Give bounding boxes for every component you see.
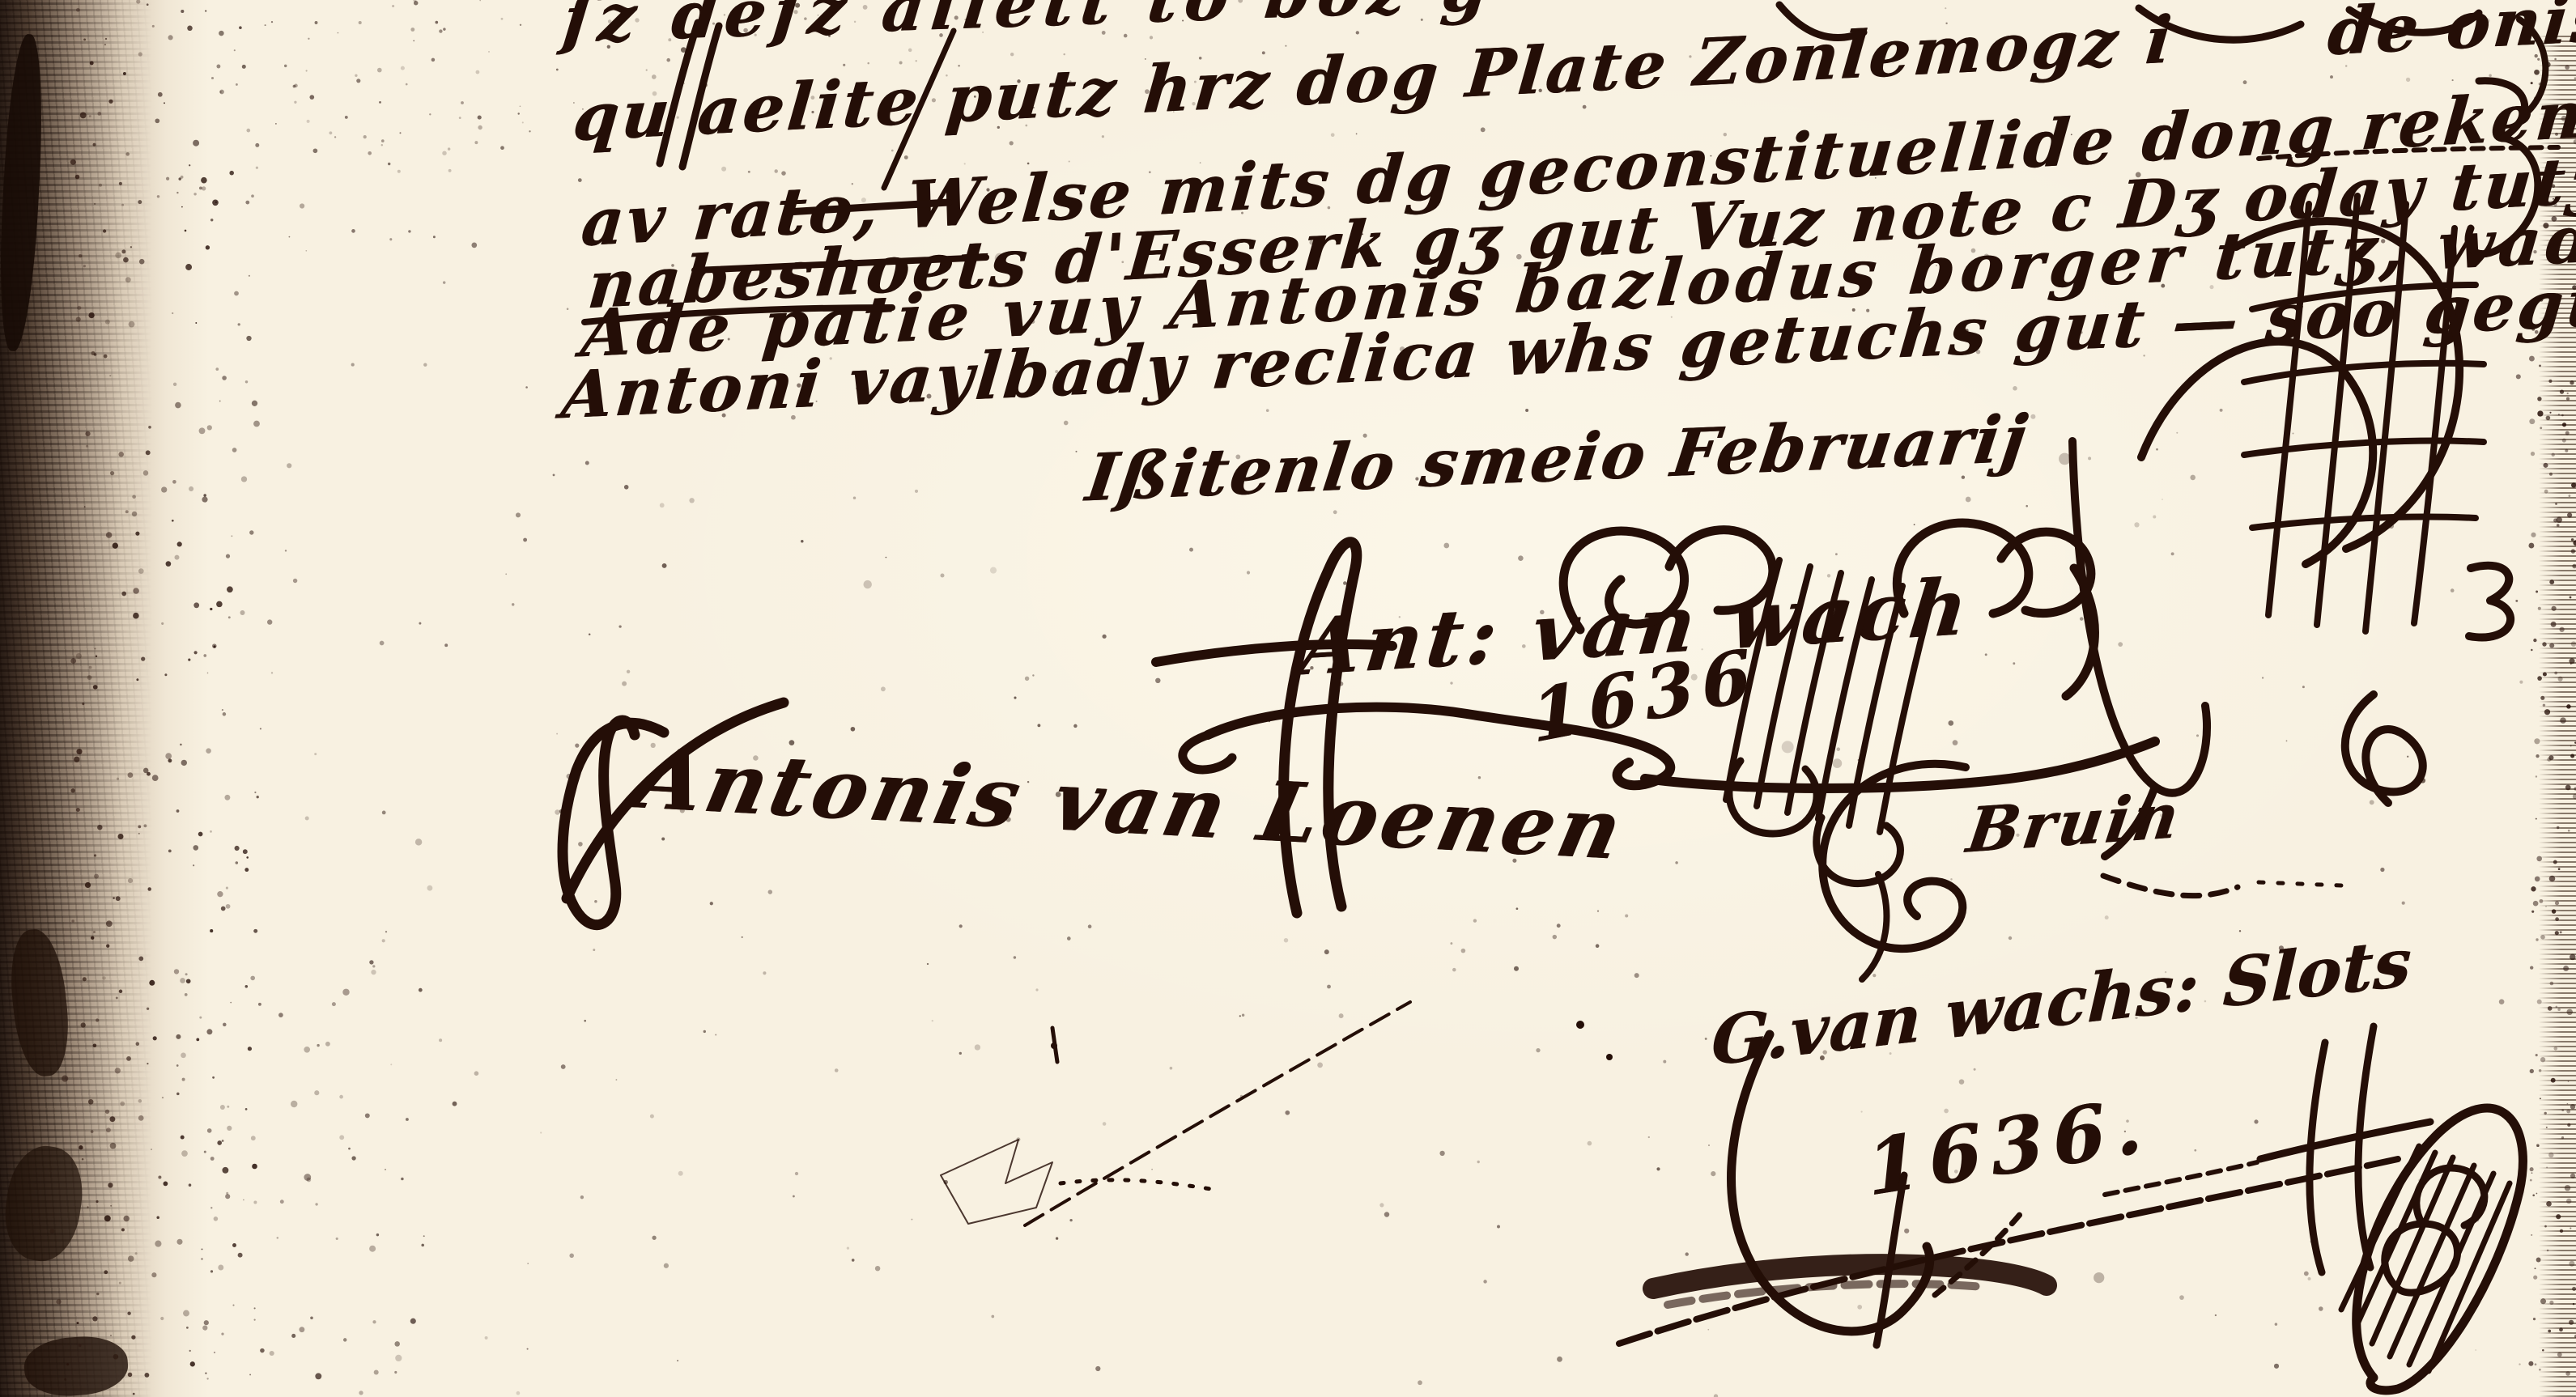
- manuscript-page: ſz deſz allett to boz g qu aelite putz h…: [0, 0, 2576, 1397]
- speck: [505, 573, 507, 575]
- speck: [763, 971, 766, 975]
- paraph-top-right-stroke: [2268, 204, 2309, 615]
- speck: [207, 1128, 212, 1133]
- speck: [75, 175, 80, 180]
- speck: [747, 112, 751, 116]
- speck: [1904, 1229, 1909, 1234]
- speck: [181, 176, 184, 179]
- speck: [1634, 973, 1639, 978]
- speck: [1151, 1169, 1153, 1170]
- speck: [755, 111, 759, 116]
- speck: [104, 355, 108, 359]
- speck: [136, 678, 138, 681]
- flourish-sig-g-van-wachs-slots: [1619, 1026, 2523, 1391]
- flourish-sig-bruin-stroke: [2103, 876, 2238, 896]
- speck: [677, 116, 679, 118]
- speck: [801, 540, 804, 543]
- speck: [1240, 1095, 1243, 1098]
- speck: [2571, 549, 2575, 553]
- speck: [2536, 818, 2537, 820]
- speck: [241, 476, 247, 482]
- speck: [476, 70, 480, 74]
- speck: [313, 148, 318, 153]
- speck: [1235, 454, 1240, 459]
- speck: [1954, 1170, 1958, 1174]
- speck: [2220, 409, 2223, 412]
- speck: [332, 1002, 336, 1006]
- speck: [199, 427, 206, 434]
- speck: [381, 139, 385, 142]
- speck: [522, 121, 524, 123]
- speck: [189, 486, 193, 491]
- speck: [380, 641, 385, 646]
- speck: [147, 1063, 148, 1064]
- speck: [175, 402, 181, 409]
- speck: [932, 98, 936, 102]
- speck: [188, 659, 190, 661]
- speck: [160, 1317, 164, 1320]
- speck: [165, 753, 172, 759]
- speck: [2548, 1006, 2553, 1011]
- paper-speckles: [49, 0, 2576, 1397]
- speck: [121, 592, 126, 597]
- speck: [2544, 490, 2548, 494]
- speck: [132, 495, 136, 499]
- speck: [1173, 111, 1175, 113]
- speck: [1192, 102, 1195, 105]
- speck: [1711, 1171, 1715, 1176]
- speck: [79, 254, 82, 257]
- speck: [2519, 681, 2523, 684]
- speck: [981, 108, 986, 113]
- speck: [80, 112, 87, 118]
- speck: [2402, 902, 2405, 905]
- cut-off-top-strokes-stroke: [884, 31, 954, 188]
- speck: [488, 51, 490, 53]
- speck: [207, 673, 209, 674]
- speck: [146, 450, 151, 455]
- speck: [1837, 747, 1841, 751]
- speck: [87, 1206, 88, 1208]
- speck: [206, 1378, 208, 1379]
- speck: [864, 580, 872, 588]
- speck: [1033, 107, 1035, 108]
- speck: [210, 830, 212, 833]
- speck: [847, 1246, 849, 1249]
- speck: [120, 1102, 125, 1106]
- crossbar-line-5: [584, 308, 892, 322]
- speck: [221, 907, 226, 911]
- speck: [652, 74, 657, 79]
- flourish-sig-ant-van-wach-stroke: [1880, 592, 1933, 832]
- speck: [210, 608, 212, 610]
- speck: [1362, 233, 1363, 235]
- speck: [1356, 134, 1358, 135]
- speck: [448, 147, 450, 150]
- speck: [203, 654, 206, 657]
- speck: [2552, 909, 2556, 913]
- speck: [181, 1136, 185, 1140]
- speck: [1518, 555, 1524, 561]
- speck: [2310, 1240, 2315, 1244]
- speck: [147, 3, 149, 6]
- speck: [1285, 1110, 1290, 1115]
- speck: [1974, 1068, 1976, 1071]
- speck: [589, 633, 591, 635]
- speck: [205, 1373, 206, 1374]
- speck: [1406, 99, 1409, 101]
- speck: [85, 431, 90, 436]
- speck: [315, 21, 318, 24]
- speck: [2570, 597, 2572, 599]
- speck: [459, 117, 461, 119]
- speck: [1006, 817, 1011, 822]
- speck: [2476, 1219, 2480, 1222]
- speck: [239, 26, 242, 29]
- speck: [228, 616, 231, 618]
- speck: [186, 979, 191, 983]
- flourish-sig-ant-van-wach-stroke: [1284, 542, 1357, 913]
- speck: [1170, 1067, 1173, 1070]
- speck: [2194, 1149, 2196, 1152]
- speck: [1439, 1151, 1444, 1156]
- speck: [2209, 285, 2213, 289]
- speck: [277, 1237, 279, 1239]
- speck: [2558, 414, 2560, 415]
- speck: [397, 170, 401, 173]
- speck: [246, 856, 249, 859]
- speck: [252, 401, 257, 406]
- speck: [1627, 464, 1632, 469]
- speck: [2557, 1008, 2561, 1012]
- speck: [828, 35, 831, 37]
- speck: [1025, 677, 1029, 681]
- speck: [203, 494, 206, 497]
- speck: [1971, 248, 1976, 253]
- speck: [254, 1319, 256, 1321]
- flourish-sig-g-van-wachs-slots-stroke: [2260, 1122, 2430, 1159]
- speck: [990, 567, 997, 574]
- speck: [2568, 830, 2570, 832]
- speck: [94, 203, 96, 205]
- speck: [512, 603, 514, 605]
- speck: [1136, 495, 1139, 498]
- speck: [115, 1068, 121, 1073]
- speck: [2572, 564, 2576, 569]
- speck: [138, 833, 140, 834]
- speck: [249, 1374, 251, 1375]
- speck: [1149, 171, 1151, 173]
- speck: [164, 673, 167, 676]
- speck: [781, 171, 786, 176]
- speck: [401, 66, 405, 70]
- speck: [1705, 1038, 1707, 1040]
- speck: [1327, 985, 1331, 989]
- speck: [433, 236, 436, 238]
- speck: [181, 1052, 186, 1058]
- speck: [168, 758, 172, 762]
- speck: [580, 1195, 584, 1199]
- speck: [176, 1093, 180, 1096]
- speck: [253, 421, 260, 427]
- speck: [677, 1360, 678, 1361]
- speck: [106, 945, 109, 948]
- speck: [2304, 1272, 2309, 1276]
- speck: [1575, 477, 1579, 481]
- speck: [88, 312, 94, 318]
- speck: [2561, 1109, 2564, 1111]
- speck: [2530, 1179, 2532, 1182]
- speck: [176, 809, 180, 813]
- speck: [668, 38, 671, 41]
- speck: [105, 320, 110, 325]
- speck: [229, 171, 234, 176]
- speck: [278, 1013, 283, 1017]
- speck: [2547, 1250, 2549, 1252]
- speck: [2030, 414, 2035, 419]
- speck: [904, 155, 908, 159]
- speck: [811, 111, 814, 113]
- speck: [243, 1200, 244, 1201]
- speck: [250, 976, 255, 981]
- speck: [204, 1151, 206, 1153]
- speck: [132, 512, 137, 516]
- speck: [2538, 607, 2541, 610]
- speck: [2570, 1227, 2571, 1229]
- flourish-sig-ant-van-wach-stroke: [1862, 874, 1886, 979]
- speck: [2567, 1103, 2569, 1105]
- speck: [967, 119, 971, 122]
- speck: [356, 79, 360, 83]
- speck: [975, 1044, 980, 1050]
- speck: [1056, 792, 1061, 797]
- speck: [201, 1258, 202, 1259]
- speck: [443, 28, 445, 30]
- speck: [1875, 177, 1877, 179]
- speck: [210, 219, 213, 221]
- speck: [2542, 1349, 2544, 1352]
- speck: [2407, 756, 2408, 758]
- speck: [106, 1127, 111, 1132]
- speck: [2555, 901, 2559, 905]
- speck: [77, 1322, 79, 1324]
- speck: [959, 924, 963, 928]
- speck: [206, 748, 211, 754]
- speck: [1557, 924, 1561, 928]
- speck: [1731, 1209, 1732, 1211]
- speck: [555, 809, 559, 814]
- speck: [138, 52, 142, 56]
- speck: [162, 1097, 164, 1098]
- speck: [724, 14, 725, 15]
- speck: [309, 95, 314, 100]
- speck: [1095, 1366, 1100, 1371]
- speck: [2135, 1017, 2137, 1019]
- speck: [96, 1200, 98, 1203]
- speck: [183, 1310, 189, 1317]
- speck: [1534, 309, 1536, 311]
- speck: [1014, 697, 1016, 699]
- speck: [2286, 741, 2288, 742]
- speck: [559, 809, 563, 813]
- speck: [2540, 1098, 2541, 1099]
- speck: [1262, 51, 1265, 54]
- speck: [219, 31, 223, 36]
- speck: [83, 977, 87, 981]
- speck: [1850, 61, 1854, 65]
- speck: [2279, 945, 2284, 950]
- speck: [253, 929, 257, 933]
- speck: [248, 1047, 252, 1051]
- speck: [382, 811, 386, 815]
- speck: [2570, 1104, 2575, 1109]
- speck: [1121, 261, 1124, 263]
- speck: [392, 5, 394, 7]
- speck: [1178, 92, 1183, 97]
- paraph-top-right-stroke: [2317, 196, 2357, 625]
- speck: [128, 878, 133, 883]
- speck: [71, 788, 75, 792]
- speck: [2569, 1261, 2574, 1267]
- speck: [793, 1195, 795, 1198]
- speck: [94, 874, 99, 879]
- speck: [359, 1391, 363, 1395]
- speck: [959, 1052, 962, 1055]
- speck: [681, 47, 687, 53]
- speck: [1868, 207, 1872, 210]
- speck: [371, 970, 376, 975]
- speck: [1333, 510, 1337, 514]
- speck: [385, 931, 387, 932]
- speck: [635, 18, 639, 22]
- speck: [1597, 910, 1599, 911]
- speck: [86, 445, 88, 448]
- flourish-sig-ant-van-wach-stroke: [1183, 735, 1232, 770]
- speck: [1701, 648, 1702, 650]
- speck: [964, 19, 966, 20]
- speck: [245, 1108, 248, 1110]
- speck: [1415, 478, 1418, 481]
- speck: [2573, 540, 2576, 546]
- speck: [875, 1266, 880, 1271]
- speck: [211, 77, 214, 79]
- speck: [223, 1023, 227, 1027]
- speck: [1158, 360, 1160, 362]
- speck: [794, 10, 798, 14]
- speck: [2126, 1119, 2129, 1123]
- speck: [91, 351, 95, 355]
- speck: [1861, 1111, 1863, 1113]
- speck: [2561, 414, 2564, 417]
- speck: [453, 1102, 457, 1106]
- speck: [113, 897, 114, 898]
- speck: [369, 960, 373, 964]
- speck: [439, 1038, 442, 1042]
- speck: [2539, 1369, 2541, 1371]
- speck: [2533, 250, 2536, 253]
- speck: [180, 978, 185, 983]
- speck: [2455, 106, 2459, 110]
- speck: [2016, 834, 2019, 837]
- speck: [1037, 724, 1040, 727]
- speck: [2475, 1349, 2476, 1351]
- speck: [1384, 73, 1388, 76]
- speck: [243, 849, 248, 854]
- speck: [1615, 533, 1617, 535]
- speck: [205, 11, 206, 12]
- speck: [2528, 543, 2534, 549]
- speck: [76, 749, 82, 754]
- speck: [284, 65, 287, 67]
- speck: [194, 651, 198, 654]
- speck: [1063, 53, 1065, 55]
- speck: [329, 131, 333, 134]
- speck: [254, 1307, 256, 1309]
- speck: [97, 112, 101, 116]
- speck: [74, 757, 79, 762]
- speck: [2289, 205, 2294, 210]
- speck: [2539, 83, 2541, 85]
- speck: [2572, 1287, 2576, 1291]
- speck: [93, 143, 96, 146]
- speck: [226, 554, 230, 558]
- speck: [1772, 237, 1774, 239]
- speck: [2530, 1069, 2534, 1073]
- speck: [2406, 78, 2410, 82]
- speck: [76, 653, 82, 659]
- speck: [574, 8, 579, 13]
- speck: [1027, 163, 1030, 165]
- speck: [1014, 956, 1016, 958]
- speck: [216, 65, 220, 69]
- speck: [2536, 938, 2538, 941]
- speck: [227, 1106, 229, 1108]
- speck: [2571, 482, 2576, 487]
- speck: [2573, 1303, 2574, 1305]
- speck: [164, 102, 165, 104]
- speck: [2557, 524, 2560, 527]
- speck: [2543, 704, 2545, 707]
- speck: [1522, 644, 1526, 648]
- speck: [224, 795, 230, 800]
- speck: [242, 65, 246, 69]
- speck: [899, 62, 903, 65]
- speck: [222, 1167, 228, 1174]
- speck: [217, 1140, 222, 1145]
- speck: [1032, 674, 1034, 676]
- speck: [128, 1255, 134, 1262]
- speck: [824, 287, 829, 291]
- speck: [556, 733, 558, 735]
- speck: [915, 490, 918, 493]
- speck: [2560, 717, 2566, 724]
- speck: [161, 622, 164, 625]
- speck: [664, 1263, 669, 1268]
- speck: [190, 1361, 195, 1366]
- speck: [2553, 198, 2554, 200]
- speck: [2530, 966, 2533, 969]
- speck: [2555, 931, 2559, 935]
- speck: [193, 140, 199, 146]
- speck: [2534, 96, 2539, 101]
- speck: [683, 83, 685, 84]
- speck: [339, 1095, 343, 1099]
- speck: [212, 199, 219, 206]
- speck: [116, 896, 121, 901]
- speck: [300, 203, 304, 208]
- speck: [974, 96, 976, 98]
- speck: [123, 1216, 129, 1221]
